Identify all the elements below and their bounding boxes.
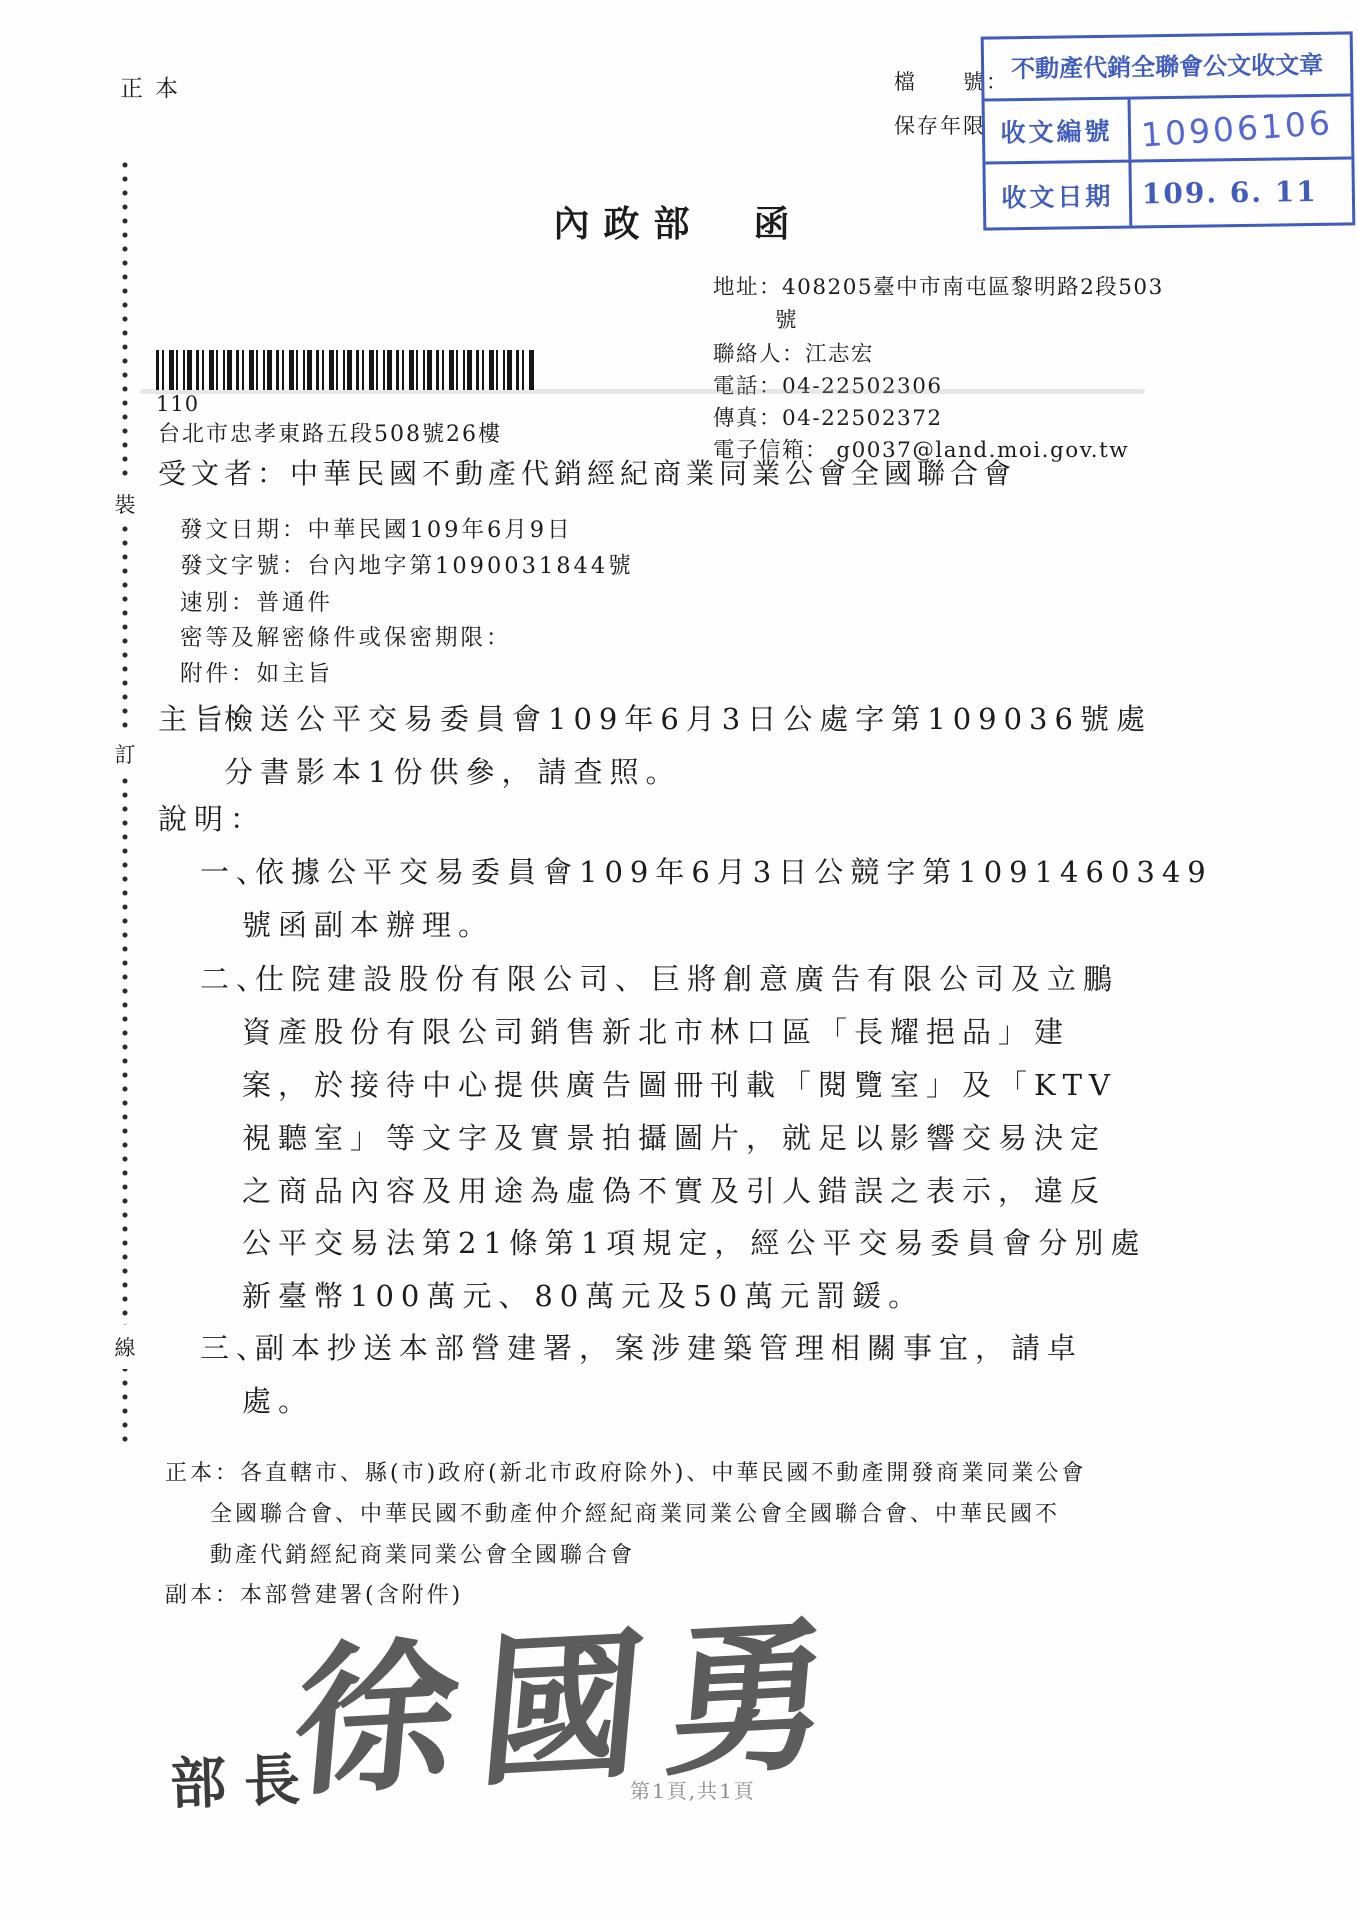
distribution-copy-line: 副本：本部營建署(含附件) <box>165 1578 463 1609</box>
retention-period-label: 保存年限 <box>894 110 986 140</box>
description-item-line: 視聽室」等文字及實景拍攝圖片，就足以影響交易決定 <box>242 1116 1106 1157</box>
barcode <box>156 350 534 390</box>
issue-number: 發文字號：台內地字第1090031844號 <box>180 548 634 580</box>
attachment-note: 附件：如主旨 <box>180 656 333 688</box>
binding-label-xian: 線 <box>108 1325 142 1369</box>
sender-fax: 傳真：04-22502372 <box>713 401 943 432</box>
sender-address-line2: 號 <box>775 303 798 334</box>
description-item-line: 依據公平交易委員會109年6月3日公競字第1091460349 <box>255 850 1213 891</box>
subject-line: 分書影本1份供參，請查照。 <box>224 750 681 791</box>
description-item-line: 新臺幣100萬元、80萬元及50萬元罰鍰。 <box>242 1274 924 1315</box>
description-item-line: 仕院建設股份有限公司、巨將創意廣告有限公司及立鵬 <box>255 957 1119 998</box>
document-page: 裝 訂 線 正本 檔 號： 保存年限 不動產代銷全聯會公文收文章 收文編號 10… <box>0 0 1357 1920</box>
sender-address-line1: 地址：408205臺中市南屯區黎明路2段503 <box>713 270 1164 301</box>
sender-phone: 電話：04-22502306 <box>713 369 943 400</box>
description-item-line: 公平交易法第21條第1項規定，經公平交易委員會分別處 <box>242 1221 1146 1262</box>
description-item-line: 之商品內容及用途為虛偽不實及引人錯誤之表示，違反 <box>242 1169 1106 1210</box>
stamp-receipt-date-value: 109. 6. 11 <box>1131 159 1352 225</box>
description-item-line: 資產股份有限公司銷售新北市林口區「長耀挹品」建 <box>242 1010 1070 1051</box>
receipt-stamp: 不動產代銷全聯會公文收文章 收文編號 10906106 收文日期 109. 6.… <box>981 31 1356 230</box>
description-item-line: 號函副本辦理。 <box>242 903 494 944</box>
description-item-line: 副本抄送本部營建署，案涉建築管理相關事宜，請卓 <box>255 1326 1083 1367</box>
binding-dotted-line <box>122 158 128 1450</box>
stamp-receipt-date-row: 收文日期 109. 6. 11 <box>985 159 1352 227</box>
binding-label-ding: 訂 <box>108 732 142 776</box>
stamp-receipt-number-label: 收文編號 <box>985 100 1132 162</box>
distribution-original-line: 動產代銷經紀商業同業公會全國聯合會 <box>210 1538 635 1569</box>
distribution-original-line: 正本：各直轄市、縣(市)政府(新北市政府除外)、中華民國不動產開發商業同業公會 <box>165 1456 1086 1487</box>
description-item-line: 處。 <box>242 1379 314 1420</box>
recipient-line: 受文者：中華民國不動產代銷經紀商業同業公會全國聯合會 <box>158 452 1016 492</box>
stamp-receipt-number-row: 收文編號 10906106 <box>985 96 1352 164</box>
barcode-number: 110 <box>156 392 199 416</box>
speed-class: 速別：普通件 <box>180 585 333 617</box>
description-label: 說明： <box>158 797 266 838</box>
stamp-receipt-date-label: 收文日期 <box>985 163 1132 228</box>
sender-contact-person: 聯絡人：江志宏 <box>713 337 874 368</box>
distribution-original-line: 全國聯合會、中華民國不動產仲介經紀商業同業公會全國聯合會、中華民國不 <box>210 1497 1060 1528</box>
issue-date: 發文日期：中華民國109年6月9日 <box>180 512 573 544</box>
binding-label-zhuang: 裝 <box>108 482 142 526</box>
stamp-receipt-number-value: 10906106 <box>1129 91 1352 165</box>
copy-type-label: 正本 <box>120 70 190 103</box>
stamp-title: 不動產代銷全聯會公文收文章 <box>984 34 1351 101</box>
recipient-address: 台北市忠孝東路五段508號26樓 <box>158 417 502 448</box>
subject-line: 檢送公平交易委員會109年6月3日公處字第109036號處 <box>224 697 1152 738</box>
security-class: 密等及解密條件或保密期限： <box>180 620 512 652</box>
description-item-line: 案，於接待中心提供廣告圖冊刊載「閱覽室」及「KTV <box>242 1063 1117 1104</box>
minister-signature: 徐國勇 <box>288 1613 859 1805</box>
